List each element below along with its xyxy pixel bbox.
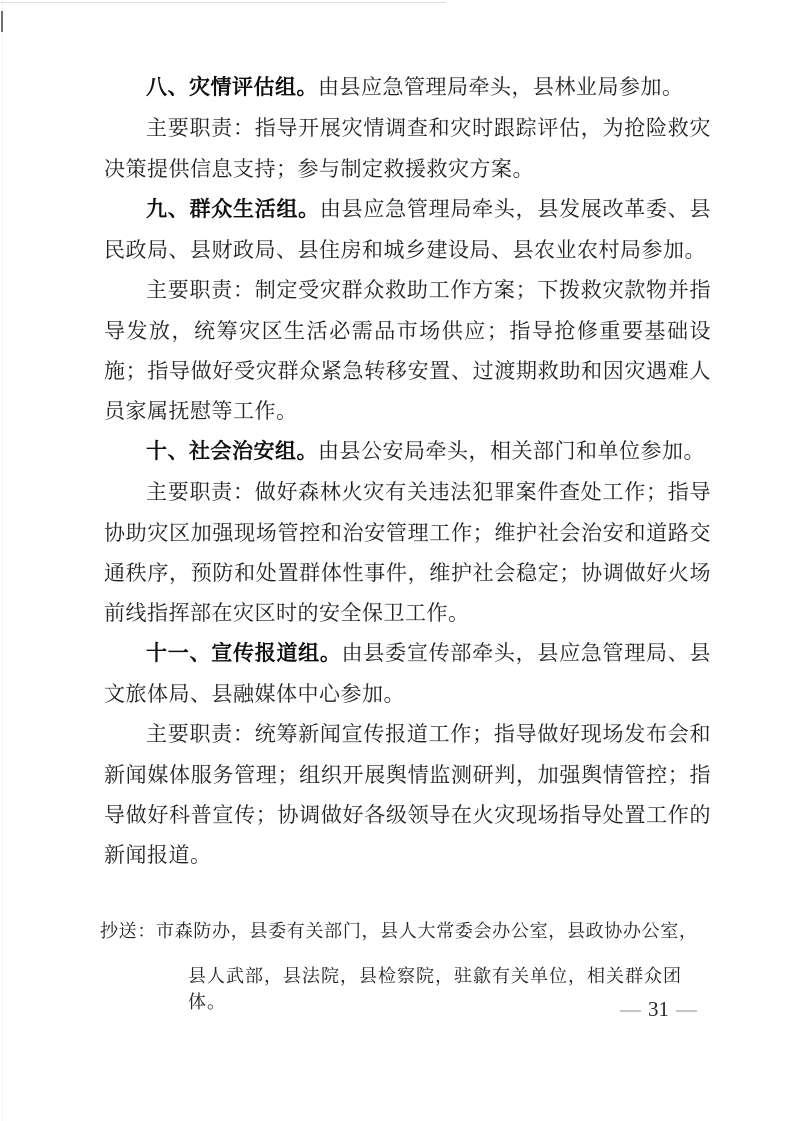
cc-distribution-block: 抄送：市森防办，县委有关部门，县人大常委会办公室，县政协办公室， 县人武部，县法… <box>100 918 697 1015</box>
section-9-public-life-group-heading-paragraph: 九、群众生活组。由县应急管理局牵头，县发展改革委、县民政局、县财政局、县住房和城… <box>104 189 711 270</box>
section-10-duties-text: 主要职责：做好森林火灾有关违法犯罪案件查处工作；指导协助灾区加强现场管控和治安管… <box>104 480 711 625</box>
scan-artifact-left-line <box>2 0 3 1121</box>
section-9-duties-text: 主要职责：制定受灾群众救助工作方案；下拨救灾款物并指导发放，统筹灾区生活必需品市… <box>104 278 711 423</box>
section-11-duties-text: 主要职责：统筹新闻宣传报道工作；指导做好现场发布会和新闻媒体服务管理；组织开展舆… <box>104 722 711 867</box>
cc-line-1: 抄送：市森防办，县委有关部门，县人大常委会办公室，县政协办公室， <box>100 918 697 944</box>
section-10-duties-paragraph: 主要职责：做好森林火灾有关违法犯罪案件查处工作；指导协助灾区加强现场管控和治安管… <box>104 472 711 633</box>
page-number-value: 31 <box>648 997 669 1021</box>
document-page: 八、灾情评估组。由县应急管理局牵头，县林业局参加。 主要职责：指导开展灾情调查和… <box>0 0 793 1121</box>
section-10-heading: 十、社会治安组。 <box>146 440 318 463</box>
section-11-heading: 十一、宣传报道组。 <box>146 642 342 665</box>
section-8-disaster-assessment-group-heading-paragraph: 八、灾情评估组。由县应急管理局牵头，县林业局参加。 <box>104 67 711 108</box>
section-8-duties-text: 主要职责：指导开展灾情调查和灾时跟踪评估，为抢险救灾决策提供信息支持；参与制定救… <box>104 116 711 181</box>
section-8-heading: 八、灾情评估组。 <box>146 76 318 99</box>
section-8-heading-text: 由县应急管理局牵头，县林业局参加。 <box>318 75 684 99</box>
page-number: —31— <box>620 997 697 1021</box>
cc-label: 抄送： <box>100 921 156 941</box>
scan-artifact-left-tick <box>1 11 3 32</box>
cc-line-2: 县人武部，县法院，县检察院，驻歙有关单位，相关群众团体。 <box>100 963 697 1015</box>
section-11-publicity-group-heading-paragraph: 十一、宣传报道组。由县委宣传部牵头，县应急管理局、县文旅体局、县融媒体中心参加。 <box>104 633 711 714</box>
section-8-duties-paragraph: 主要职责：指导开展灾情调查和灾时跟踪评估，为抢险救灾决策提供信息支持；参与制定救… <box>104 108 711 189</box>
document-body: 八、灾情评估组。由县应急管理局牵头，县林业局参加。 主要职责：指导开展灾情调查和… <box>104 67 711 875</box>
scan-artifact-top-line <box>0 2 446 3</box>
section-9-heading: 九、群众生活组。 <box>146 198 320 221</box>
section-9-duties-paragraph: 主要职责：制定受灾群众救助工作方案；下拨救灾款物并指导发放，统筹灾区生活必需品市… <box>104 270 711 431</box>
cc-recipients-line-1: 市森防办，县委有关部门，县人大常委会办公室，县政协办公室， <box>156 921 697 941</box>
cc-recipients-line-2: 县人武部，县法院，县检察院，驻歙有关单位，相关群众团体。 <box>188 966 682 1012</box>
page-number-left-dash: — <box>620 997 641 1021</box>
section-10-public-security-group-heading-paragraph: 十、社会治安组。由县公安局牵头，相关部门和单位参加。 <box>104 431 711 472</box>
section-10-heading-text: 由县公安局牵头，相关部门和单位参加。 <box>318 439 705 463</box>
page-number-right-dash: — <box>676 997 697 1021</box>
section-11-duties-paragraph: 主要职责：统筹新闻宣传报道工作；指导做好现场发布会和新闻媒体服务管理；组织开展舆… <box>104 714 711 875</box>
